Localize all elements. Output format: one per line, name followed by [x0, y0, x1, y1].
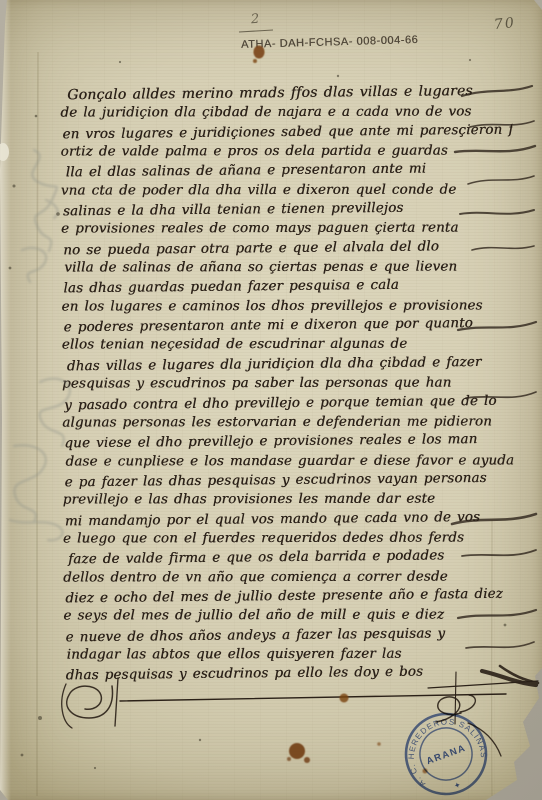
manuscript-scan: 2 ATHA- DAH-FCHSA- 008-004-66 70 Gonçalo… — [0, 0, 542, 800]
manuscript-line: y pasado contra el dho previllejo e porq… — [64, 391, 516, 415]
page-edge — [0, 0, 11, 800]
manuscript-line: ellos tenian neçesidad de escudrinar alg… — [62, 335, 514, 356]
manuscript-line: pesquisas y escudrinos pa saber las pers… — [62, 374, 514, 395]
stamp-center-text: ARANA — [425, 743, 468, 767]
manuscript-line: e provisiones reales de como mays paguen… — [61, 219, 513, 240]
folio-number: 70 — [493, 14, 517, 34]
manuscript-line: e seys del mes de jullio del año de mill… — [63, 606, 515, 627]
manuscript-line: dhas pesquisas y escudrinos pa ello les … — [66, 662, 516, 686]
manuscript-line: lla el dlas salinas de añana e presentar… — [63, 159, 515, 183]
manuscript-line: de la juridiçion dla çibdad de najara e … — [60, 103, 512, 124]
manuscript-line: que viese el dho previllejo e provisione… — [64, 430, 516, 454]
manuscript-line: previllejo e las dhas provisiones les ma… — [63, 490, 515, 511]
archive-stamp: A. C. HEREDEROS SALINAS ARANA ✦ — [398, 708, 494, 800]
manuscript-line: las dhas guardas puedan fazer pesquisa e… — [63, 275, 515, 299]
reference-mark: 2 — [250, 12, 259, 29]
star-icon: ✦ — [453, 780, 463, 791]
manuscript-text-block: Gonçalo alldes merino mrads ffos dlas vi… — [60, 83, 516, 688]
manuscript-line: faze de valde firma e que os dela barrid… — [65, 546, 516, 570]
